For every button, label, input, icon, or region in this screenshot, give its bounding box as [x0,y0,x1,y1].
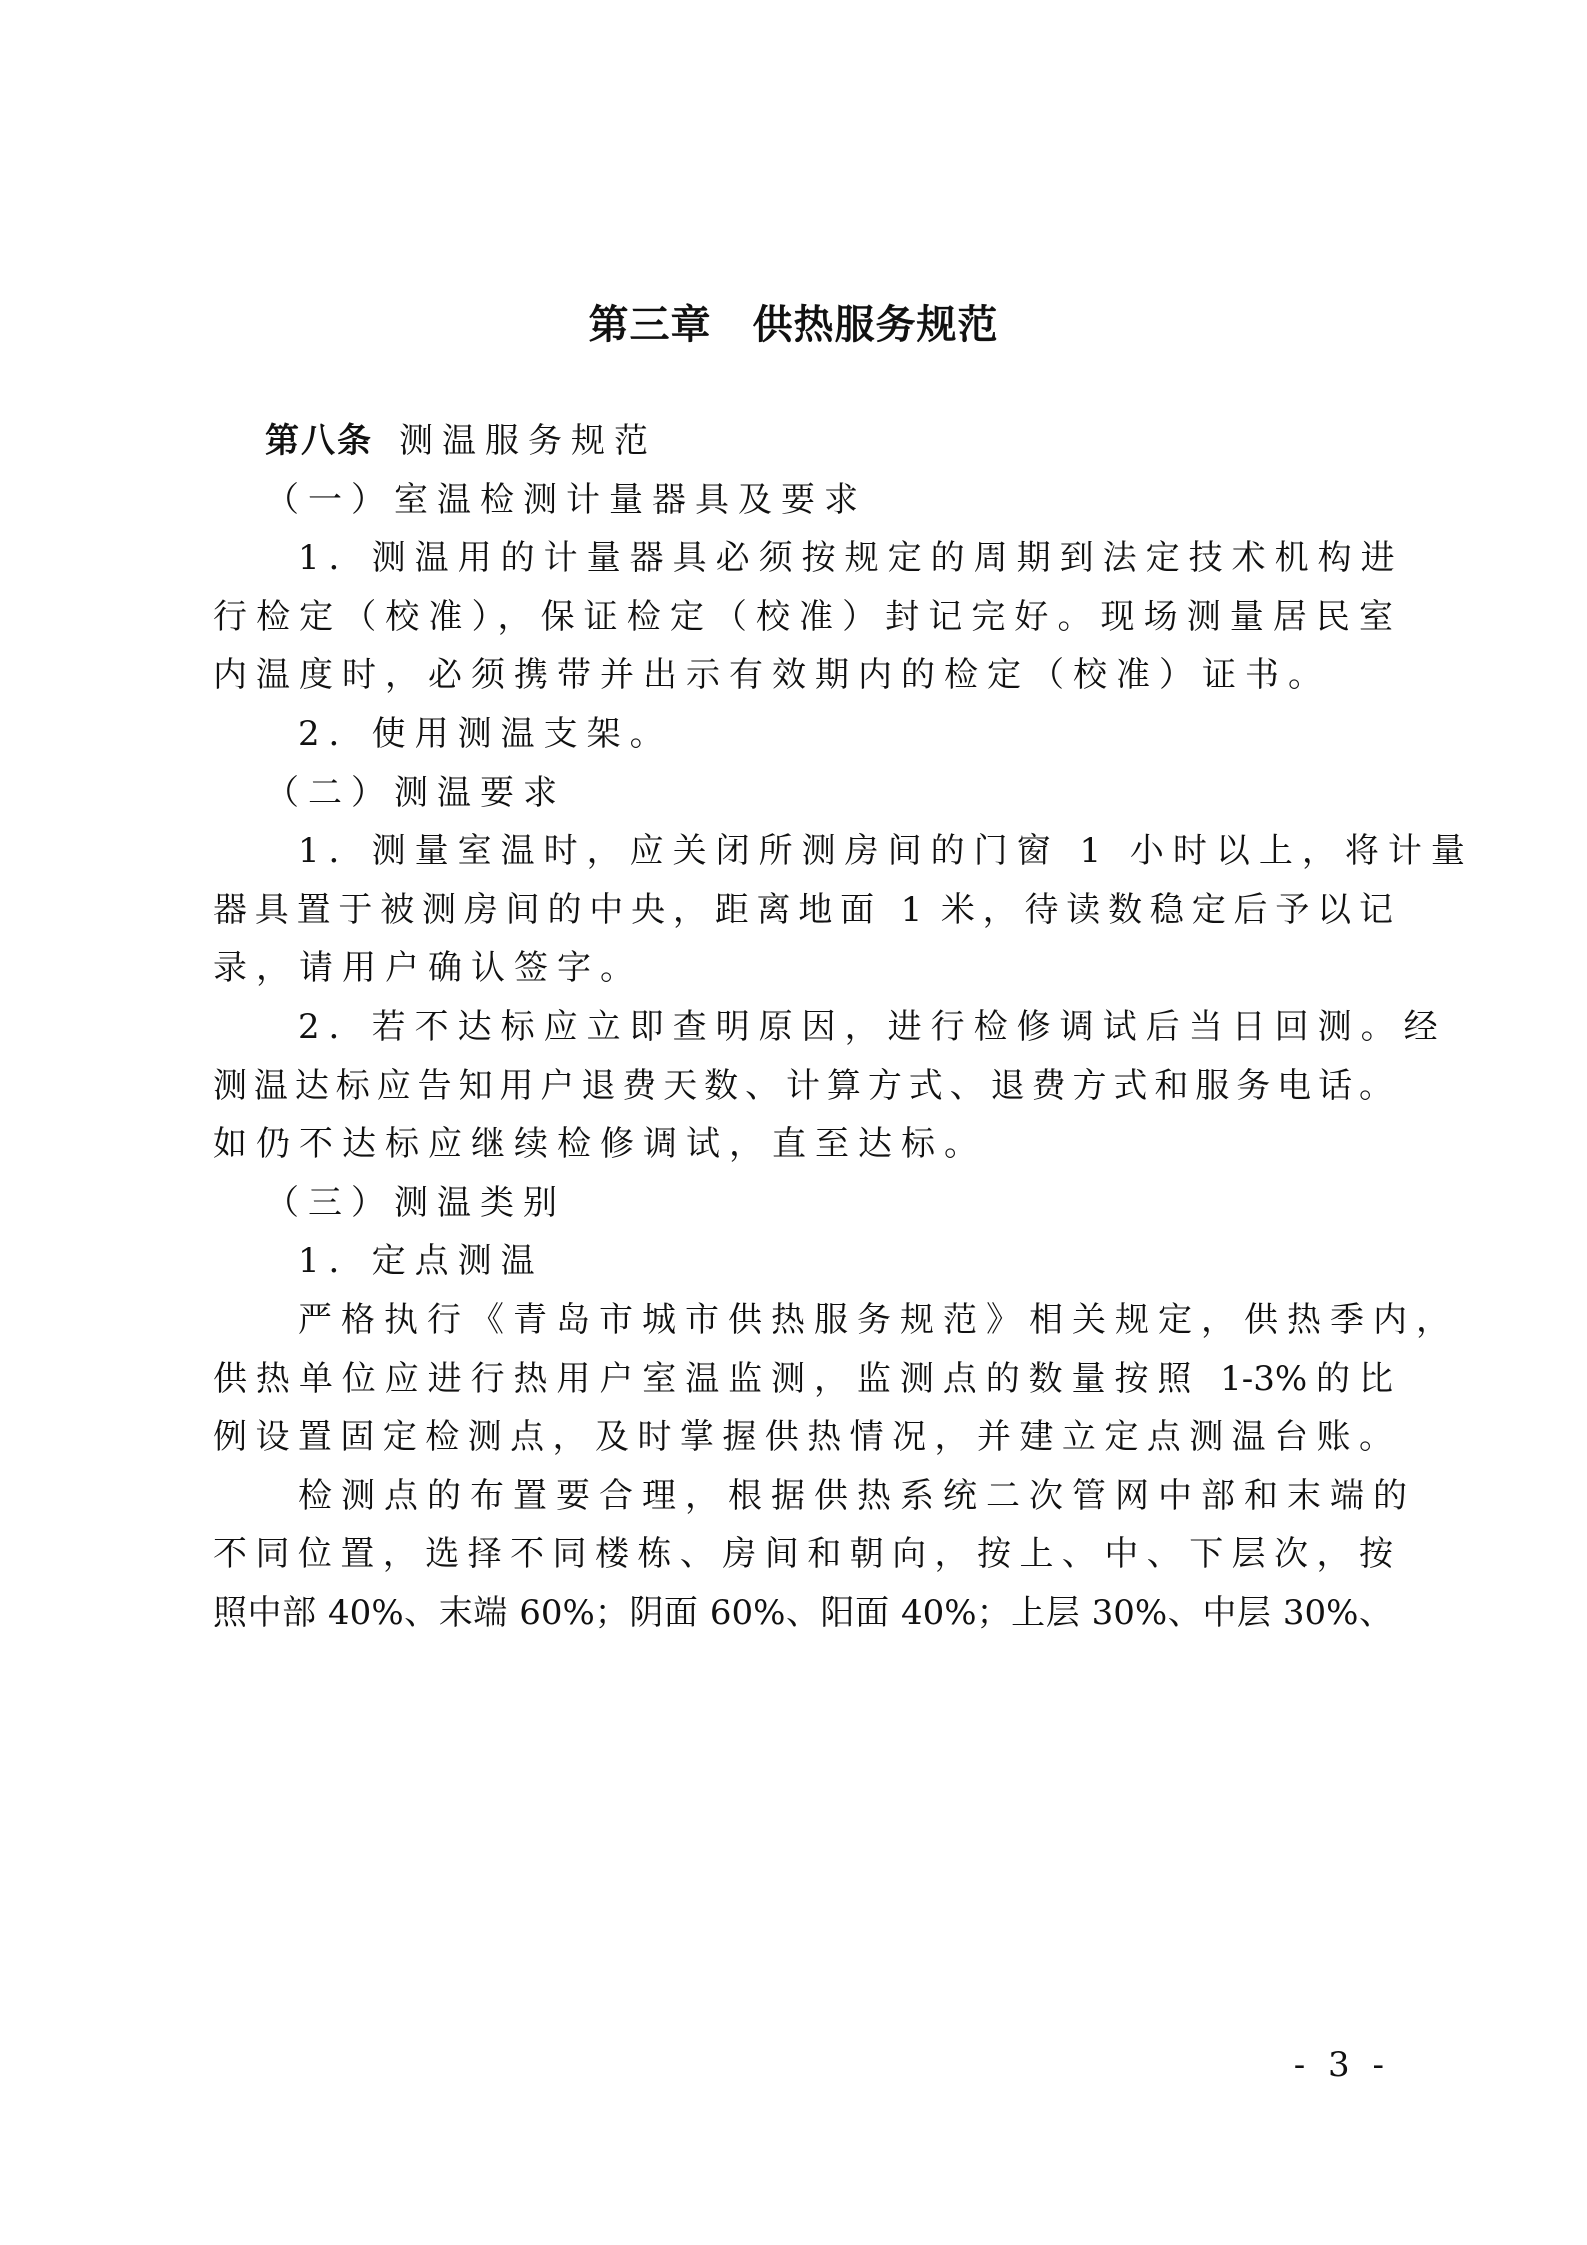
paragraph-line: 1．测温用的计量器具必须按规定的周期到法定技术机构进 [213,529,1393,588]
paragraph-line: 例设置固定检测点，及时掌握供热情况，并建立定点测温台账。 [213,1408,1393,1467]
paragraph-line: 如仍不达标应继续检修调试，直至达标。 [213,1115,1393,1174]
section-heading-1: （一）室温检测计量器具及要求 [213,471,1393,530]
paragraph-line: 检测点的布置要合理，根据供热系统二次管网中部和末端的 [213,1467,1393,1526]
paragraph-line: 器具置于被测房间的中央，距离地面 1 米，待读数稳定后予以记 [213,881,1393,940]
chapter-title: 第三章 供热服务规范 [0,295,1587,355]
paragraph-line: 不同位置，选择不同楼栋、房间和朝向，按上、中、下层次，按 [213,1525,1393,1584]
body-text: 第八条测温服务规范 （一）室温检测计量器具及要求 1．测温用的计量器具必须按规定… [213,412,1393,1642]
paragraph-line: 测温达标应告知用户退费天数、计算方式、退费方式和服务电话。 [213,1057,1393,1116]
article-title: 测温服务规范 [399,421,657,461]
paragraph-line: 供热单位应进行热用户室温监测，监测点的数量按照 1-3%的比 [213,1350,1393,1409]
paragraph-line: 照中部 40%、末端 60%；阴面 60%、阳面 40%；上层 30%、中层 3… [213,1584,1393,1643]
paragraph-line: 行检定（校准），保证检定（校准）封记完好。现场测量居民室 [213,588,1393,647]
paragraph-line: 内温度时，必须携带并出示有效期内的检定（校准）证书。 [213,646,1393,705]
subsection-heading: 1．定点测温 [213,1232,1393,1291]
paragraph-line: 2．若不达标应立即查明原因，进行检修调试后当日回测。经 [213,998,1393,1057]
section-heading-2: （二）测温要求 [213,764,1393,823]
paragraph-line: 2．使用测温支架。 [213,705,1393,764]
section-heading-3: （三）测温类别 [213,1174,1393,1233]
paragraph-line: 严格执行《青岛市城市供热服务规范》相关规定，供热季内， [213,1291,1393,1350]
paragraph-line: 录，请用户确认签字。 [213,939,1393,998]
document-page: 第三章 供热服务规范 第八条测温服务规范 （一）室温检测计量器具及要求 1．测温… [0,0,1587,2245]
page-number: - 3 - [1280,2040,1390,2090]
paragraph-line: 1．测量室温时，应关闭所测房间的门窗 1 小时以上，将计量 [213,822,1393,881]
article-label: 第八条 [265,421,373,461]
article-heading: 第八条测温服务规范 [213,412,1393,471]
